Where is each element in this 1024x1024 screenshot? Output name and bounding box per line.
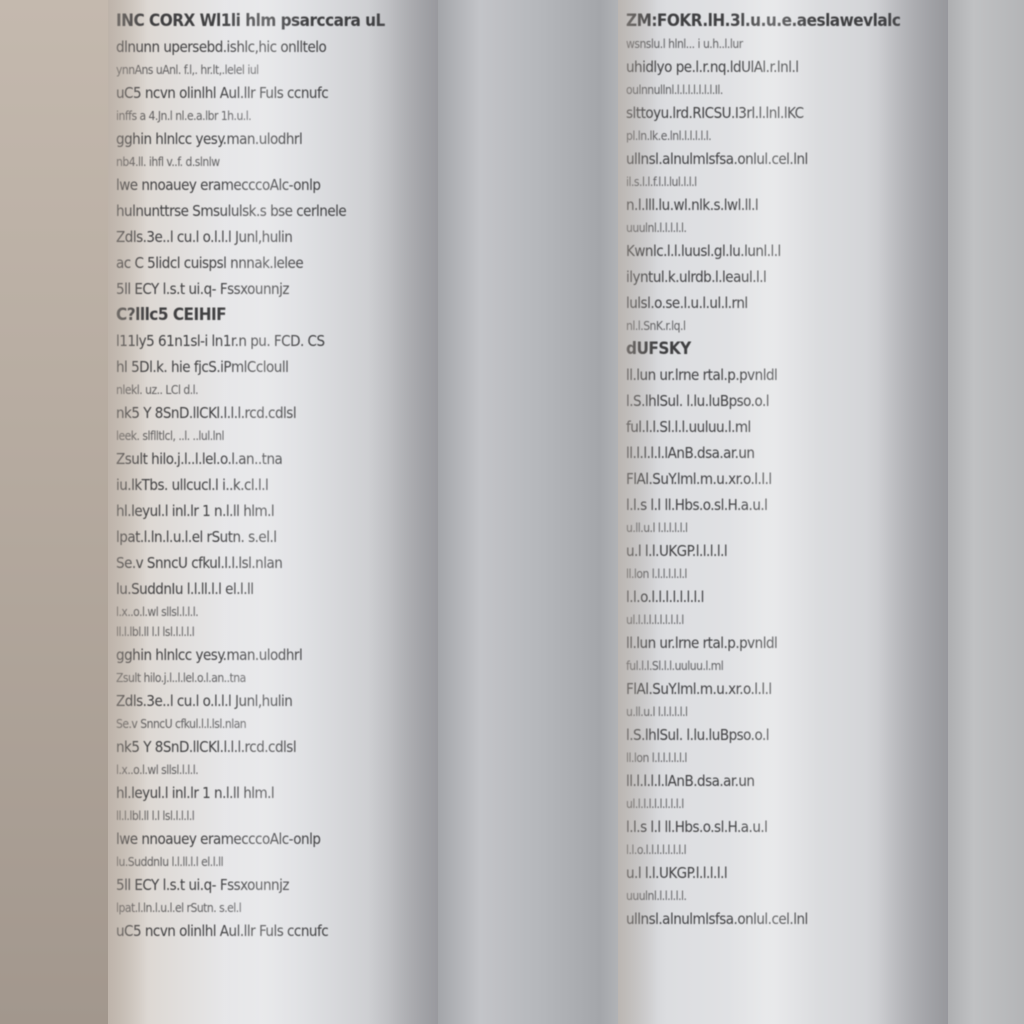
bottle-right-highlight [728,0,818,1024]
bottle-right-shadow-left [618,0,658,1024]
background-right [940,0,1024,1024]
bottle-left: INC CORX Wl1li hlm psarccara uL dlnunn u… [108,0,438,1024]
bottle-left-shadow-left [108,0,148,1024]
background-between-bottles [430,0,630,1024]
bottle-left-highlight [218,0,308,1024]
bottle-right-shadow-right [878,0,948,1024]
bottle-left-shadow-right [368,0,438,1024]
bottle-right: ZM:FOKR.lH.3l.u.u.e.aeslawevlalc wsnslu.… [618,0,948,1024]
